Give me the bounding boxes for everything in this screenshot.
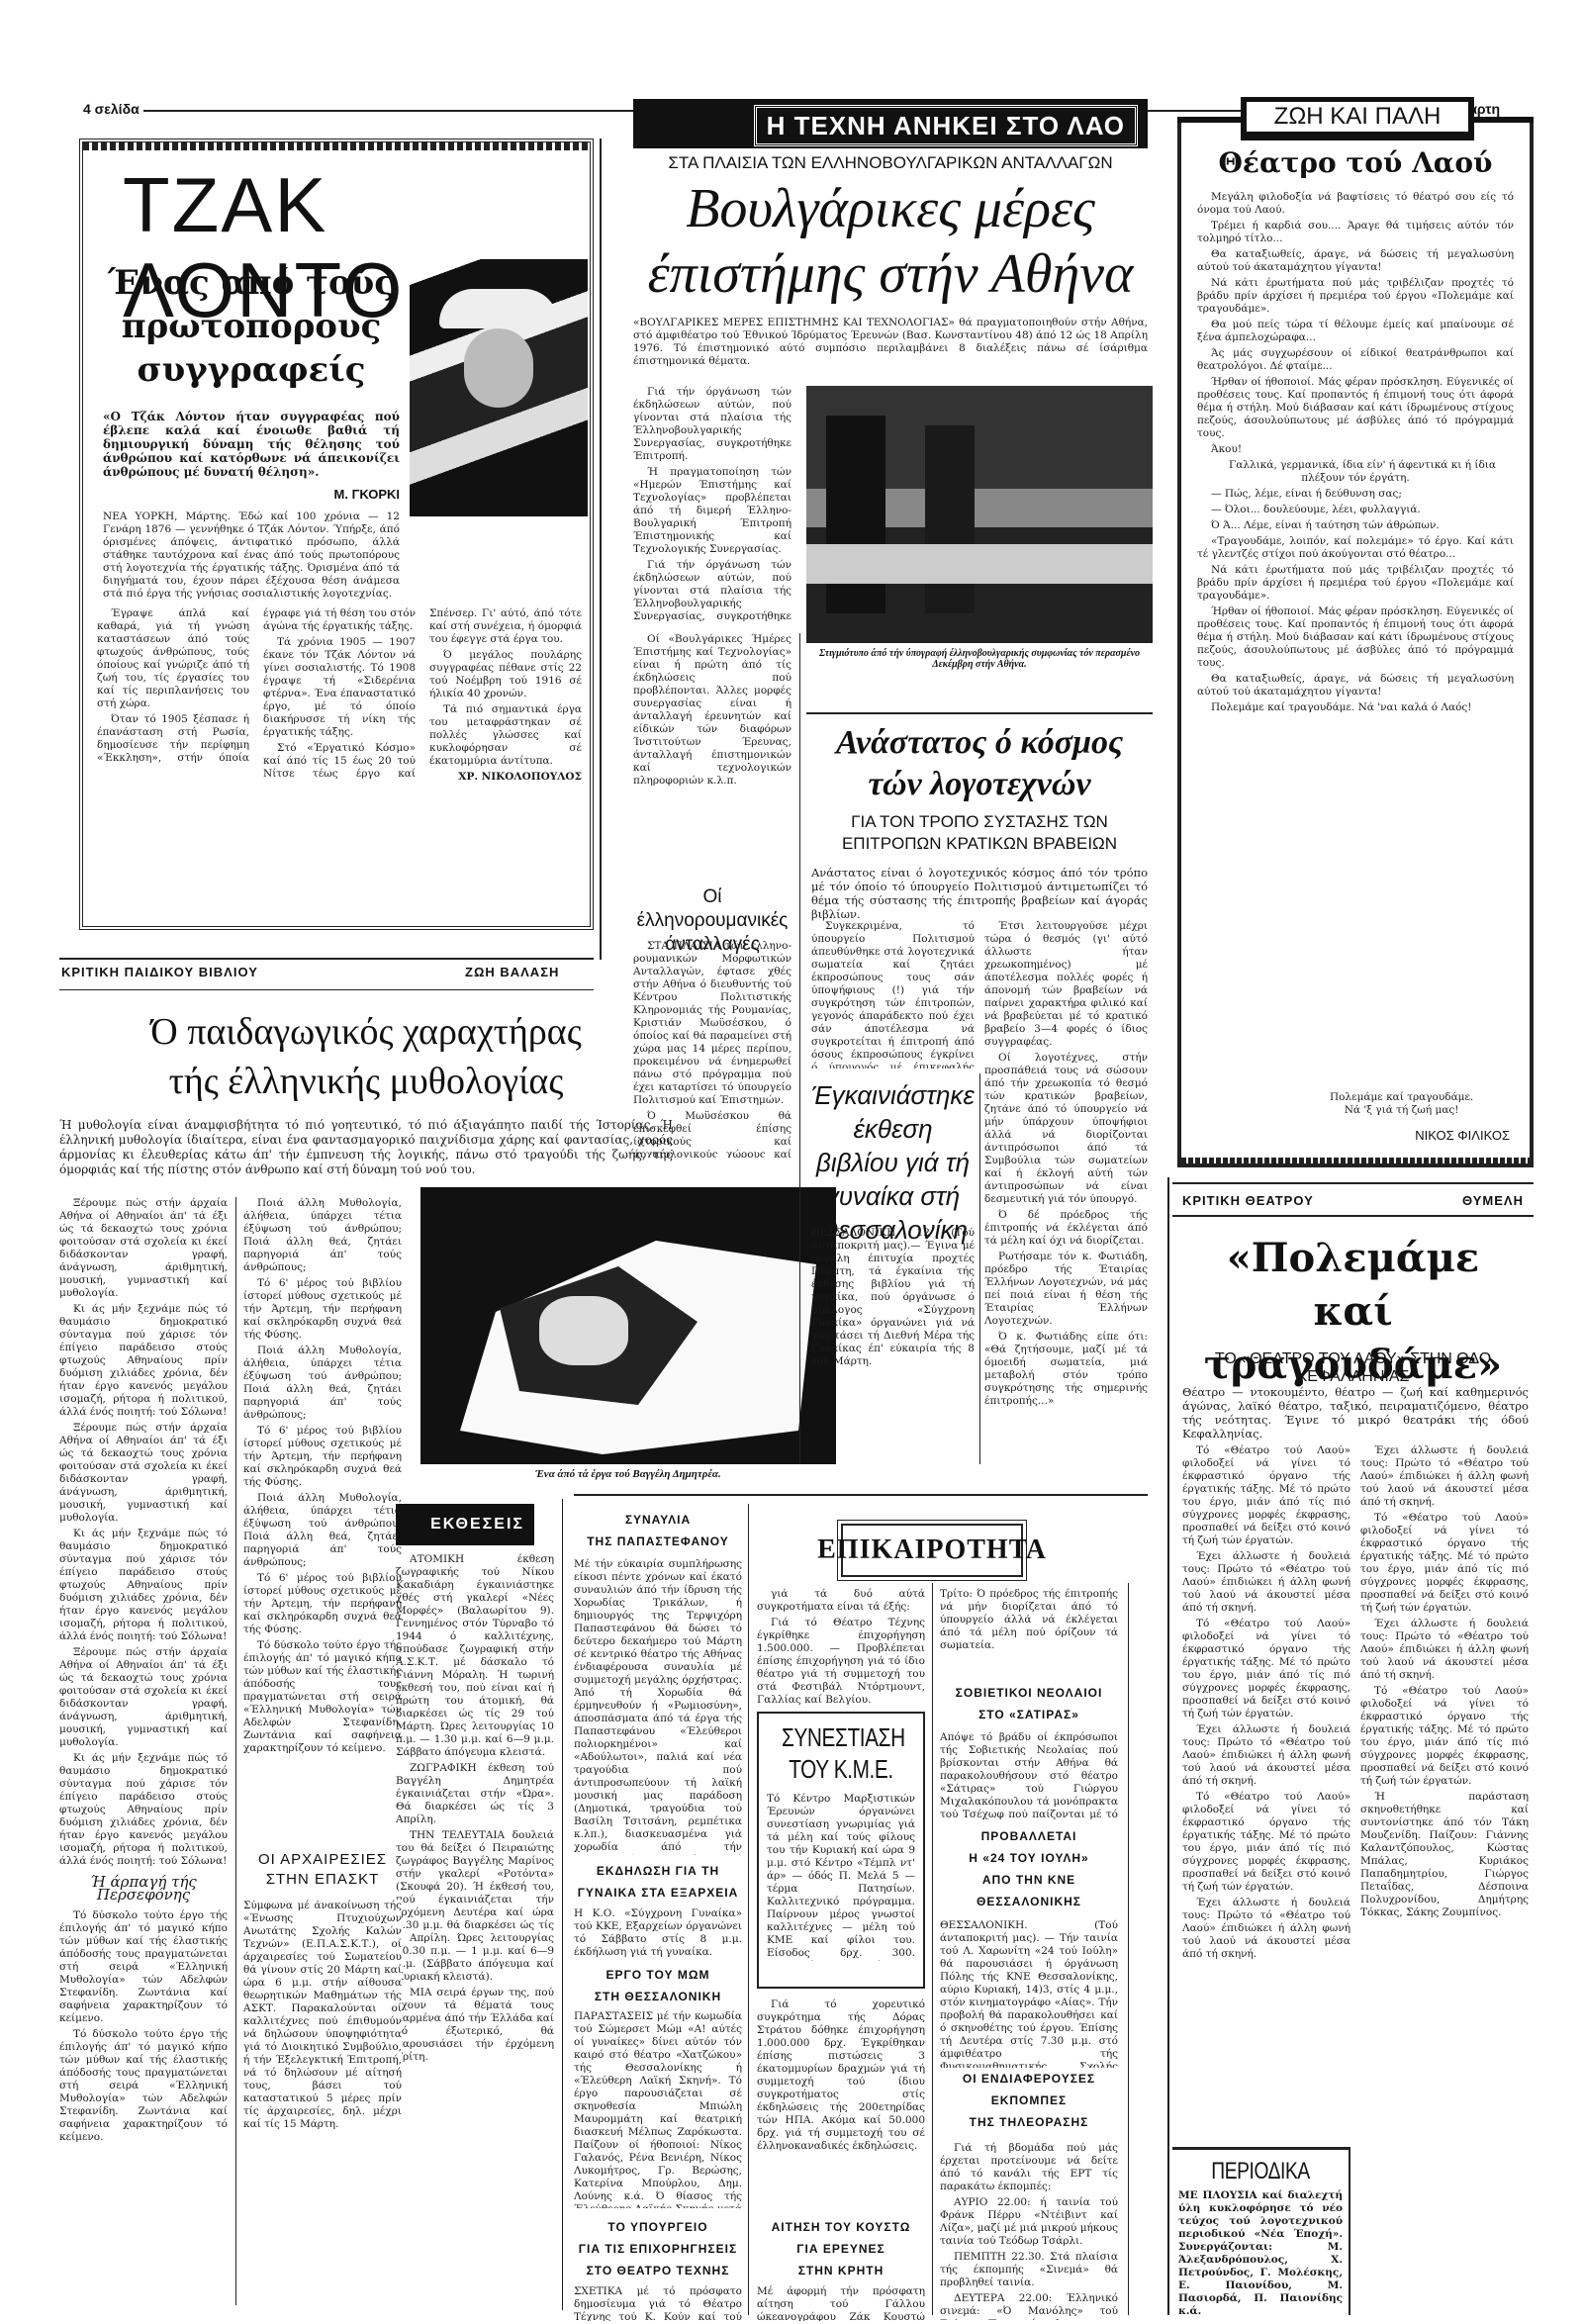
maugham-body: ΠΑΡΑΣΤΑΣΕΙΣ μέ τήν κωμωδία τού Σώμερσετ … (574, 2010, 742, 2208)
paragraph: Τό «Θέατρο τού Λαού» φιλοδοξεί νά γίνει … (1360, 1512, 1529, 1615)
signature-verse: Πολεμάμε καί τραγουδάμε. Νά 'ξ γιά τή ζω… (1330, 1091, 1473, 1117)
women-book-body: ΘΕΣΣΑΛΟΝΙΚΗ 12 (Τού άνταποκριτή μας).— Έ… (811, 1227, 975, 1464)
title-line: ΓΙΑ ΕΡΕΥΝΕΣ (757, 2238, 925, 2260)
mythology-col-1: Ξέρουμε πώς στήν άρχαία Αθήνα οί Αθηναίο… (59, 1197, 228, 2305)
gorky-quote: «Ο Τζάκ Λόντον ήταν συγγραφέας πού έβλεπ… (103, 410, 400, 479)
paragraph: Τά χρόνια 1905 — 1907 έκανε τόν Τζάκ Λόν… (263, 636, 416, 739)
paragraph: Τό δύσκολο τούτο έργο τής έπιλογής άπ' τ… (59, 2028, 228, 2144)
paragraph: Έγραψε άπλά καί καθαρά, γιά τή γνώση κατ… (97, 607, 249, 710)
paragraph: Κι άς μήν ξεχνάμε πώς τό θαυμάσιο δημοκρ… (59, 1303, 228, 1419)
theatre-section-author: ΘΥΜΕΛΗ (1462, 1193, 1524, 1208)
box-top-rule (1474, 117, 1534, 123)
theatre-subtitle: ΤΟ «ΘΕΑΤΡΟ ΤΟΥ ΛΑΟΥ» ΣΤΗΝ ΟΔΟ ΚΕΦΑΛΛΗΝΙΑ… (1172, 1350, 1534, 1386)
paragraph: Νά κάτι έρωτήματα πού μάς τριβέλιζαν προ… (1197, 277, 1514, 316)
paragraph: Τό «Θέατρο τού Λαού» φιλοδοξεί νά γίνει … (1182, 1618, 1350, 1720)
paragraph: Ή πραγματοποίηση τών «Ημερών Έπιστήμης κ… (633, 466, 791, 556)
paragraph: «Τραγουδάμε, λοιπόν, καί πολεμάμε» τό έρ… (1197, 535, 1514, 561)
title-line: Βουλγάρικες μέρες (613, 176, 1167, 241)
paragraph: Έχει άλλωστε ή δουλειά τους: Πρώτο τό «Θ… (1360, 1618, 1529, 1682)
section-rule (806, 712, 1153, 714)
paragraph: Ό δέ πρόεδρος τής έπιτροπής νά έκλέγεται… (984, 1209, 1148, 1248)
paragraph: Τό «Θέατρο τού Λαού» φιλοδοξεί νά γίνει … (1360, 1685, 1529, 1788)
list-item: ΠΕΜΠΤΗ 22.30. Στά πλαίσια τής έκπομπής «… (940, 2251, 1118, 2289)
verse-line: Πολεμάμε καί τραγουδάμε. (1330, 1091, 1473, 1104)
paragraph: γιά τά δυό αύτά συγκροτήματα είναι τά έξ… (757, 1588, 925, 1614)
label-text: ΕΠΙΚΑΙΡΟΤΗΤΑ (817, 1534, 1047, 1566)
ministry-title: ΤΟ ΥΠΟΥΡΓΕΙΟ ΓΙΑ ΤΙΣ ΕΠΙΧΟΡΗΓΗΣΕΙΣ ΣΤΟ Θ… (574, 2216, 742, 2281)
title-line: ΣΤΗΝ ΚΡΗΤΗ (757, 2260, 925, 2281)
writers-col1: Συγκεκριμένα, τό ύπουργείο Πολιτισμού άπ… (811, 920, 975, 1069)
quote-author: Μ. ΓΚΟΡΚΙ (281, 487, 400, 502)
decorative-border (1181, 1158, 1530, 1163)
list-item: ΑΥΡΙΟ 22.00: ή ταινία τού Φράνκ Πέρρυ «Ν… (940, 2196, 1118, 2248)
paragraph: Γιά τή βδομάδα πού μάς έρχεται προτείνου… (940, 2142, 1118, 2193)
paragraph: Ήρθαν οί ήθοποιοί. Μάς φέραν πρόσκληση. … (1197, 605, 1514, 670)
theatre-col2: Έχει άλλωστε ή δουλειά τους: Πρώτο τό «Θ… (1360, 1444, 1529, 2315)
hat-shape (439, 289, 558, 328)
paragraph: Θα μού πείς τώρα τί θέλουμε έμείς καί μπ… (1197, 319, 1514, 344)
art-banner-text: Η ΤΕΧΝΗ ΑΝΗΚΕΙ ΣΤΟ ΛΑΟ (754, 105, 1138, 146)
zoi-pali-box: ΖΩΗ ΚΑΙ ΠΑΛΗ Θέατρο τού Λαού Μεγάλη φιλο… (1177, 117, 1534, 1167)
paragraph: Έχει άλλωστε ή δουλειά τους: Πρώτο τό «Θ… (1182, 1723, 1350, 1788)
periodika-label: ΠΕΡΙΟΔΙΚΑ (1190, 2158, 1331, 2185)
mythology-lead: Ή μυθολογία είναι άναμφισβήτητα τό πιό γ… (59, 1118, 673, 1177)
paragraph: Τά πιό σημαντικά έργα του μεταφράστηκαν … (429, 703, 582, 768)
bulgarian-lead: «ΒΟΥΛΓΑΡΙΚΕΣ ΜΕΡΕΣ ΕΠΙΣΤΗΜΗΣ ΚΑΙ ΤΕΧΝΟΛΟ… (633, 317, 1148, 368)
paragraph: Έχει άλλωστε ή δουλειά τους: Πρώτο τό «Θ… (1360, 1444, 1529, 1509)
paragraph: Οί «Βουλγάρικες Ήμέρες Έπιστήμης καί Τεχ… (633, 633, 791, 788)
soviet-youth-title: ΣΟΒΙΕΤΙΚΟΙ ΝΕΟΛΑΙΟΙ ΣΤΟ «ΣΑΤΙΡΑΣ» (940, 1682, 1118, 1725)
paragraph: Κι άς μήν ξεχνάμε πώς τό θαυμάσιο δημοκρ… (59, 1528, 228, 1643)
paragraph: Τό δύσκολο τούτο έργο τής έπιλογής άπ' τ… (243, 1639, 402, 1755)
title-line: ΕΡΓΟ ΤΟΥ ΜΩΜ (574, 1964, 742, 1986)
bulgarian-kicker: ΣΤΑ ΠΛΑΙΣΙΑ ΤΩΝ ΕΛΛΗΝΟΒΟΥΛΓΑΡΙΚΩΝ ΑΝΤΑΛΛ… (633, 153, 1148, 173)
theatre-col1: Τό «Θέατρο τού Λαού» φιλοδοξεί νά γίνει … (1182, 1444, 1350, 2048)
title-line: έπιστήμης στήν Αθήνα (613, 241, 1167, 307)
list-item: ΤΗΝ ΤΕΛΕΥΤΑΙΑ δουλειά του θά δείξει ό Πε… (396, 1829, 554, 1984)
women-book-title: Έγκαινιάστηκε έκθεση βιβλίου γιά τή γυνα… (811, 1078, 975, 1247)
exhibitions-label: ΕΚΘΕΣΕΙΣ (396, 1504, 534, 1545)
column-rule (1128, 1583, 1129, 2315)
title-line: ΤΗΣ ΠΑΠΑΣΤΕΦΑΝΟΥ (574, 1531, 742, 1552)
periodika-body: ΜΕ ΠΛΟΥΣΙΑ καί διαλεχτή ύλη κυκλοφόρησε … (1172, 2185, 1349, 2322)
paragraph: Γιά τήν όργάνωση τών έκδηλώσεων αύτών, π… (633, 559, 791, 623)
epikairotita-third: Τρίτο: Ό πρόεδρος τής έπιτροπής νά μήν δ… (940, 1588, 1118, 1687)
paragraph: Ή παράσταση σκηνοθετήθηκε καί συντονίστη… (1360, 1791, 1529, 1919)
list-item: Γιά τό χορευτικό συγκρότημα τής Δόρας Στ… (757, 1999, 925, 2153)
section-rule (59, 989, 594, 990)
column-rule (562, 1499, 563, 2310)
title-line: Ό παιδαγωγικός χαραχτήρας (59, 1007, 673, 1057)
paragraph: Θα καταξιωθείς, άραγε, νά δώσεις τή μεγα… (1197, 673, 1514, 698)
writers-col2: Έτσι λειτουργούσε μέχρι τώρα ό θεσμός (γ… (984, 920, 1148, 1454)
title-line: ΕΚΔΗΛΩΣΗ ΓΙΑ ΤΗ (574, 1860, 742, 1882)
tv-body: Γιά τή βδομάδα πού μάς έρχεται προτείνου… (940, 2142, 1118, 2320)
paragraph: Τό «Θέατρο τού Λαού» φιλοδοξεί νά γίνει … (1182, 1444, 1350, 1547)
paragraph: Τρέμει ή καρδιά σου.... Άραγε θά τιμήσει… (1197, 220, 1514, 245)
paragraph: Ό μεγάλος πουλάρης συγγραφέας πέθανε στί… (429, 649, 582, 700)
column-rule (600, 139, 602, 960)
paragraph: Τό δύσκολο τούτο έργο τής έπιλογής άπ' τ… (59, 1909, 228, 2025)
writers-title: Ανάστατος ό κόσμος τών λογοτεχνών (806, 722, 1153, 805)
paragraph: — Πώς, λέμε, είναι ή δεύθυνση σας; (1197, 488, 1514, 501)
column-rule (932, 1583, 933, 2315)
paragraph: Ό Ά... Λέμε, είναι ή ταύτηση τών άθρώπων… (1197, 519, 1514, 532)
list-item: Γιά τό Θέατρο Τέχνης έγκρίθηκε έπιχορήγη… (757, 1617, 925, 1707)
verse-line: Νά 'ξ γιά τή ζωή μας! (1330, 1104, 1473, 1117)
paragraph: Έχει άλλωστε ή δουλειά τους: Πρώτο τό «Θ… (1182, 1550, 1350, 1615)
epikairotita-more: Γιά τό χορευτικό συγκρότημα τής Δόρας Στ… (757, 1999, 925, 2196)
column-rule (1167, 1177, 1169, 2315)
paragraph: Τό «Θέατρο τού Λαού» φιλοδοξεί νά γίνει … (1182, 1791, 1350, 1894)
title-line: ΟΙ ΑΡΧΑΙΡΕΣΙΕΣ (243, 1850, 402, 1870)
paragraph: Ήρθαν οί ήθοποιοί. Μάς φέραν πρόσκληση. … (1197, 376, 1514, 440)
concert-title: ΣΥΝΑΥΛΙΑ ΤΗΣ ΠΑΠΑΣΤΕΦΑΝΟΥ (574, 1509, 742, 1552)
paragraph: Τό 6' μέρος τού βιβλίου ίστορεί μύθους σ… (243, 1425, 402, 1489)
paragraph: Μεγάλη φιλοδοξία νά βαφτίσεις τό θέατρό … (1197, 191, 1514, 217)
periodika-box: ΠΕΡΙΟΔΙΚΑ ΜΕ ΠΛΟΥΣΙΑ καί διαλεχτή ύλη κυ… (1172, 2147, 1350, 2315)
paragraph: Έτσι λειτουργούσε μέχρι τώρα ό θεσμός (γ… (984, 920, 1148, 1049)
theatre-section-label: ΚΡΙΤΙΚΗ ΘΕΑΤΡΟΥ (1182, 1193, 1314, 1208)
romanian-body: ΣΤΑ ΠΛΑΙΣΙΑ τών έλληνο-ρουμανικών Μορφωτ… (633, 940, 791, 1158)
epikairotita-items: γιά τά δυό αύτά συγκροτήματα είναι τά έξ… (757, 1588, 925, 1707)
title-line: ΣΤΗ ΘΕΣΣΑΛΟΝΙΚΗ (574, 1986, 742, 2007)
signing-photo-caption: Στιγμιότυπο άπό τήν ύπογραφή έλληνοβουλγ… (806, 648, 1153, 670)
art-banner: Η ΤΕΧΝΗ ΑΝΗΚΕΙ ΣΤΟ ΛΑΟ (633, 99, 1148, 148)
paragraph: Ό Μωϋσέσκου θά έπισκεφθεί έπίσης ίστορικ… (633, 1110, 791, 1158)
painting-image (420, 1187, 836, 1464)
paragraph: — Όλοι... δουλεύουμε, λέει, φυλλαγγιά. (1197, 504, 1514, 516)
paragraph: Τό 6' μέρος τού βιβλίου ίστορεί μύθους σ… (243, 1277, 402, 1342)
paragraph: Πολεμάμε καί τραγουδάμε. Νά 'ναι καλά ό … (1197, 701, 1514, 714)
title-line: ΓΥΝΑΙΚΑ ΣΤΑ ΕΞΑΡΧΕΙΑ (574, 1882, 742, 1904)
subhead: Ή άρπαγή τής Περσεφόνης (59, 1876, 228, 1902)
archaeresies-body: Σύμφωνα μέ άνακοίνωση τής «Ένωσης Πτυχιο… (243, 1900, 402, 2305)
concert-body: Μέ τήν εύκαιρία συμπλήρωσης είκοσι πέντε… (574, 1558, 742, 1855)
list-item: ΑΤΟΜΙΚΗ έκθεση ζωγραφικής τού Νίκου Κακα… (396, 1553, 554, 1759)
title-line: ΟΙ ΕΝΔΙΑΦΕΡΟΥΣΕΣ (940, 2068, 1118, 2090)
maugham-title: ΕΡΓΟ ΤΟΥ ΜΩΜ ΣΤΗ ΘΕΣΣΑΛΟΝΙΚΗ (574, 1964, 742, 2007)
mythology-title: Ό παιδαγωγικός χαραχτήρας τής έλληνικής … (59, 1007, 673, 1106)
archaeresies-title: ΟΙ ΑΡΧΑΙΡΕΣΙΕΣ ΣΤΗΝ ΕΠΑΣΚΤ (243, 1850, 402, 1890)
byline: ΧΡ. ΝΙΚΟΛΟΠΟΥΛΟΣ (429, 771, 582, 784)
photo-table (806, 544, 1153, 584)
bulgarian-body-col2: Οί «Βουλγάρικες Ήμέρες Έπιστήμης καί Τεχ… (633, 633, 791, 881)
page-number: 4 σελίδα (79, 101, 143, 117)
title-line: «Πολεμάμε (1172, 1232, 1534, 1285)
title-line: ΣΟΒΙΕΤΙΚΟΙ ΝΕΟΛΑΙΟΙ (940, 1682, 1118, 1704)
title-line: ΑΙΤΗΣΗ ΤΟΥ ΚΟΥΣΤΩ (757, 2216, 925, 2238)
paragraph: Ξέρουμε πώς στήν άρχαία Αθήνα οί Αθηναίο… (59, 1422, 228, 1525)
label-text: ΕΚΘΕΣΕΙΣ (430, 1516, 524, 1534)
list-item: ΔΕΥΤΕΡΑ 22.00: Έλληνικό σινεμά: «Ό Μανόλ… (940, 2292, 1118, 2320)
kme-body: Τό Κέντρο Μαρξιστικών Έρευνών όργανώνει … (767, 1793, 915, 1961)
exhibitions-list: ΑΤΟΜΙΚΗ έκθεση ζωγραφικής τού Νίκου Κακα… (396, 1553, 554, 2305)
paragraph: Γιά τήν όργάνωση τών έκδηλώσεων αύτών, π… (633, 386, 791, 463)
title-line: ΣΤΟ «ΣΑΤΙΡΑΣ» (940, 1704, 1118, 1725)
jack-london-article: ΤΖΑΚ ΛΟΝΤΟΝ Ένας από τούς πρωτοπόρους συ… (79, 139, 594, 930)
jack-london-portrait (410, 259, 588, 516)
painting-caption: Ένα άπό τά έργα τού Βαγγέλη Δημητρέα. (420, 1468, 836, 1480)
section-label: ΚΡΙΤΙΚΗ ΠΑΙΔΙΚΟΥ ΒΙΒΛΙΟΥ (61, 965, 258, 979)
title-line: ΤΟ ΥΠΟΥΡΓΕΙΟ (574, 2216, 742, 2238)
photo-figure (925, 425, 975, 613)
cousteau-body: Μέ άφορμή τήν πρόσφατη αίτηση τού Γάλλου… (757, 2285, 925, 2321)
paragraph: Τό 6' μέρος τού βιβλίου ίστορεί μύθους σ… (243, 1572, 402, 1636)
women-event-title: ΕΚΔΗΛΩΣΗ ΓΙΑ ΤΗ ΓΥΝΑΙΚΑ ΣΤΑ ΕΞΑΡΧΕΙΑ (574, 1860, 742, 1904)
face-shape (464, 328, 533, 408)
paragraph: Νά κάτι έρωτήματα πού μάς τριβέλιζαν προ… (1197, 564, 1514, 603)
paragraph: Άς μάς συγχωρέσουν οί είδικοί θεατράνθρω… (1197, 347, 1514, 373)
title-line: ΣΤΗΝ ΕΠΑΣΚΤ (243, 1870, 402, 1890)
column-rule (748, 1504, 749, 2315)
writers-subtitle: ΓΙΑ ΤΟΝ ΤΡΟΠΟ ΣΥΣΤΑΣΗΣ ΤΩΝ ΕΠΙΤΡΟΠΩΝ ΚΡΑ… (826, 811, 1133, 855)
cousteau-title: ΑΙΤΗΣΗ ΤΟΥ ΚΟΥΣΤΩ ΓΙΑ ΕΡΕΥΝΕΣ ΣΤΗΝ ΚΡΗΤΗ (757, 2216, 925, 2281)
paragraph: ΣΤΑ ΠΛΑΙΣΙΑ τών έλληνο-ρουμανικών Μορφωτ… (633, 940, 791, 1107)
title-line: Ανάστατος ό κόσμος (806, 722, 1153, 764)
section-rule (59, 958, 594, 960)
paragraph: Οί λογοτέχνες, στήν προσπάθειά τους νά σ… (984, 1052, 1148, 1206)
theatre-lead: Θέατρο — ντοκουμέντο, θέατρο — ζωή καί κ… (1182, 1385, 1529, 1441)
decorative-border (83, 142, 590, 150)
column-rule (235, 1197, 236, 2305)
list-item: ΖΩΓΡΑΦΙΚΗ έκθεση τού Βαγγέλη Δημητρέα έγ… (396, 1762, 554, 1826)
paragraph: Ποιά άλλη Μυθολογία, άλήθεια, ύπάρχει τέ… (243, 1492, 402, 1569)
zoi-pali-author: ΝΙΚΟΣ ΦΙΛΙΚΟΣ (1415, 1128, 1510, 1143)
july24-title: ΠΡΟΒΑΛΛΕΤΑΙ Η «24 ΤΟΥ ΙΟΥΛΗ» ΑΠΟ ΤΗΝ ΚΝΕ… (940, 1825, 1118, 1912)
title-line: ΕΚΠΟΜΠΕΣ (940, 2090, 1118, 2111)
photo-figure (826, 416, 885, 613)
paragraph: Ξέρουμε πώς στήν άρχαία Αθήνα οί Αθηναίο… (59, 1646, 228, 1749)
label-text: ΖΩΗ ΚΑΙ ΠΑΛΗ (1247, 102, 1468, 132)
paragraph: Ό κ. Φωτιάδης είπε ότι: «Θά ζητήσουμε, μ… (984, 1331, 1148, 1408)
title-line: ΑΠΟ ΤΗΝ ΚΝΕ (940, 1869, 1118, 1891)
painting-shape (539, 1296, 628, 1365)
bulgarian-title: Βουλγάρικες μέρες έπιστήμης στήν Αθήνα (613, 176, 1167, 307)
paragraph: Ρωτήσαμε τόν κ. Φωτιάδη, πρόεδρο τής Έτα… (984, 1251, 1148, 1328)
bulgarian-body-col1: Γιά τήν όργάνωση τών έκδηλώσεων αύτών, π… (633, 386, 791, 623)
section-rule (1172, 1215, 1534, 1217)
women-event-body: Η Κ.Ο. «Σύγχρονη Γυναίκα» τού ΚΚΕ, Εξαρχ… (574, 1907, 742, 1957)
section-author: ΖΩΗ ΒΑΛΑΣΗ (465, 965, 559, 979)
section-rule (574, 1494, 1148, 1496)
paragraph: Άκου! (1197, 443, 1514, 456)
writers-lead: Ανάστατος είναι ό λογοτεχνικός κόσμος άπ… (811, 866, 1148, 921)
paragraph: Ποιά άλλη Μυθολογία, άλήθεια, ύπάρχει τέ… (243, 1345, 402, 1422)
paragraph: Έχει άλλωστε ή δουλειά τους: Πρώτο τό «Θ… (1182, 1897, 1350, 1961)
kme-title: ΣΥΝΕΣΤΙΑΣΗ ΤΟΥ Κ.Μ.Ε. (782, 1721, 900, 1785)
paragraph: Ξέρουμε πώς στήν άρχαία Αθήνα οί Αθηναίο… (59, 1197, 228, 1300)
column-rule (979, 1073, 980, 1464)
paragraph: Θα καταξιωθείς, άραγε, νά δώσεις τή μεγα… (1197, 248, 1514, 274)
epikairotita-label: ΕΠΙΚΑΙΡΟΤΗΤΑ (841, 1524, 1023, 1577)
column-rule (799, 633, 800, 1464)
zoi-pali-label: ΖΩΗ ΚΑΙ ΠΑΛΗ (1241, 97, 1474, 140)
article-body: Έγραψε άπλά καί καθαρά, γιά τή γνώση κατ… (97, 607, 582, 904)
title-line: ΠΡΟΒΑΛΛΕΤΑΙ (940, 1825, 1118, 1847)
box-top-rule (1177, 117, 1241, 123)
title-line: Η «24 ΤΟΥ ΙΟΥΛΗ» (940, 1847, 1118, 1869)
paragraph: Συγκεκριμένα, τό ύπουργείο Πολιτισμού άπ… (811, 920, 975, 1069)
title-line: ΤΟΥ Κ.Μ.Ε. (782, 1753, 900, 1785)
zoi-pali-body: Μεγάλη φιλοδοξία νά βαφτίσεις τό θέατρό … (1197, 191, 1514, 1081)
title-line: ΣΤΟ ΘΕΑΤΡΟ ΤΕΧΝΗΣ (574, 2260, 742, 2281)
july24-body: ΘΕΣΣΑΛΟΝΙΚΗ. (Τού άνταποκριτή μας). — Τή… (940, 1919, 1118, 2068)
article-subtitle: Ένας από τούς πρωτοπόρους συγγραφείς (103, 261, 400, 392)
title-line: ΓΙΑ ΤΙΣ ΕΠΙΧΟΡΗΓΗΣΕΙΣ (574, 2238, 742, 2260)
ministry-body: ΣΧΕΤΙΚΑ μέ τό πρόσφατο δημοσίευμα γιά τό… (574, 2285, 742, 2321)
soviet-youth-body: Απόψε τό βράδυ οί έκπρόσωποι τής Σοβιετι… (940, 1731, 1118, 1820)
title-line: τών λογοτεχνών (806, 764, 1153, 805)
tv-title: ΟΙ ΕΝΔΙΑΦΕΡΟΥΣΕΣ ΕΚΠΟΜΠΕΣ ΤΗΣ ΤΗΛΕΟΡΑΣΗΣ (940, 2068, 1118, 2133)
zoi-pali-title: Θέατρο τού Λαού (1181, 146, 1530, 179)
list-item: ΜΙΑ σειρά έργων της, πού έχουν τά θέματά… (396, 1987, 554, 2064)
title-line: ΘΕΣΣΑΛΟΝΙΚΗΣ (940, 1891, 1118, 1912)
kme-box: ΣΥΝΕΣΤΙΑΣΗ ΤΟΥ Κ.Μ.Ε. Τό Κέντρο Μαρξιστι… (757, 1712, 925, 1989)
title-line: τής έλληνικής μυθολογίας (59, 1057, 673, 1106)
title-line: ΣΥΝΑΥΛΙΑ (574, 1509, 742, 1531)
section-rule (1172, 1182, 1534, 1184)
title-line: ΣΥΝΕΣΤΙΑΣΗ (782, 1721, 900, 1753)
title-line: ΤΗΣ ΤΗΛΕΟΡΑΣΗΣ (940, 2111, 1118, 2133)
verse: Γαλλικά, γερμανικά, ίδια είν' ή άφεντικά… (1197, 459, 1514, 485)
signing-photo (806, 386, 1153, 643)
paragraph: Ποιά άλλη Μυθολογία, άλήθεια, ύπάρχει τέ… (243, 1197, 402, 1274)
paragraph: Κι άς μήν ξεχνάμε πώς τό θαυμάσιο δημοκρ… (59, 1752, 228, 1868)
article-lead: ΝΕΑ ΥΟΡΚΗ, Μάρτης. Έδώ καί 100 χρόνια — … (103, 511, 400, 601)
